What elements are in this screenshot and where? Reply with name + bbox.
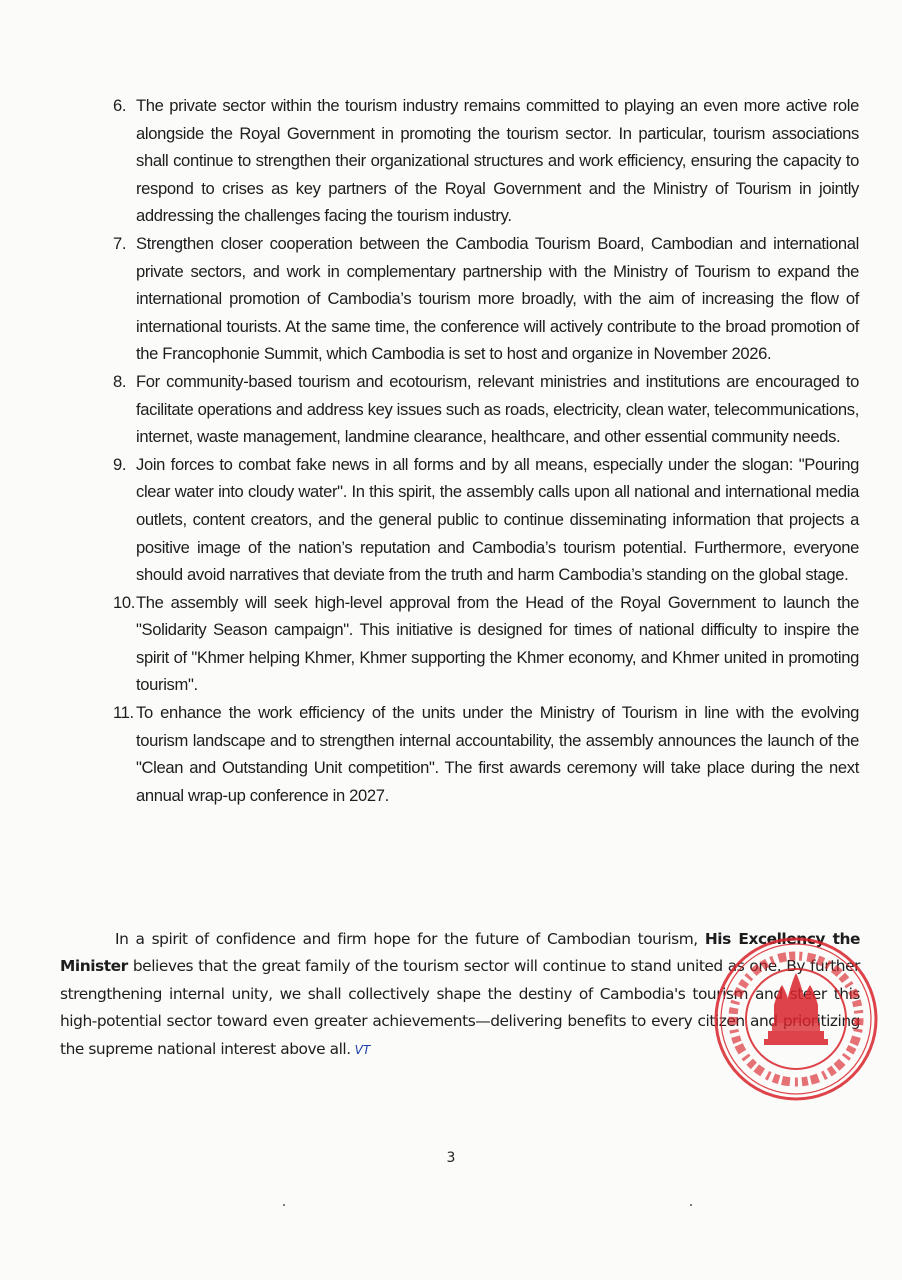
document-page: 6. The private sector within the tourism… — [0, 0, 902, 1280]
closing-text-part2: believes that the great family of the to… — [60, 957, 860, 1057]
numbered-list: 6. The private sector within the tourism… — [113, 92, 859, 809]
list-item: 8. For community-based tourism and ecoto… — [113, 368, 859, 451]
list-item: 6. The private sector within the tourism… — [113, 92, 859, 230]
closing-text-part1: In a spirit of confidence and firm hope … — [115, 930, 705, 948]
item-text: The private sector within the tourism in… — [136, 92, 859, 230]
item-number: 8. — [113, 368, 126, 396]
item-number: 9. — [113, 451, 126, 479]
handwritten-initials: VT — [355, 1043, 371, 1057]
list-item: 9. Join forces to combat fake news in al… — [113, 451, 859, 589]
list-item: 11. To enhance the work efficiency of th… — [113, 699, 859, 809]
item-text: Join forces to combat fake news in all f… — [136, 451, 859, 589]
closing-paragraph: In a spirit of confidence and firm hope … — [60, 926, 860, 1064]
item-number: 7. — [113, 230, 126, 258]
scan-speck — [690, 1204, 692, 1206]
list-item: 7. Strengthen closer cooperation between… — [113, 230, 859, 368]
item-number: 6. — [113, 92, 126, 120]
item-text: To enhance the work efficiency of the un… — [136, 699, 859, 809]
item-number: 11. — [113, 699, 134, 727]
item-number: 10. — [113, 589, 135, 617]
item-text: For community-based tourism and ecotouri… — [136, 368, 859, 451]
scan-speck — [283, 1204, 285, 1206]
list-item: 10. The assembly will seek high-level ap… — [113, 589, 859, 699]
item-text: The assembly will seek high-level approv… — [136, 589, 859, 699]
page-number: 3 — [0, 1150, 902, 1166]
item-text: Strengthen closer cooperation between th… — [136, 230, 859, 368]
